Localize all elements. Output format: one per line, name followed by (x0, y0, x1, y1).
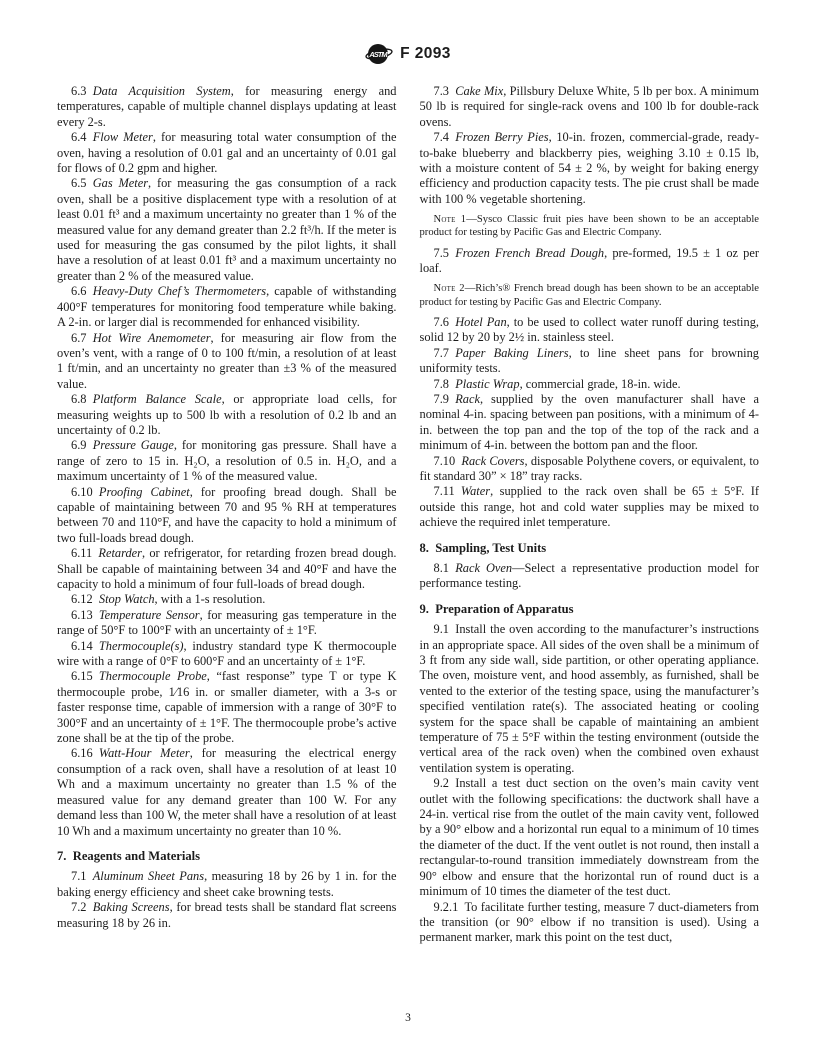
clause-paragraph: 7.7 Paper Baking Liners, to line sheet p… (420, 346, 760, 377)
clause-term: Hotel Pan (455, 315, 506, 329)
clause-number: 7.7 (434, 346, 456, 360)
clause-paragraph: 6.5 Gas Meter, for measuring the gas con… (57, 176, 397, 284)
page-number: 3 (405, 1012, 411, 1024)
clause-number: 6.13 (71, 608, 99, 622)
clause-number: 7.1 (71, 869, 93, 883)
clause-term: Proofing Cabinet (99, 485, 190, 499)
clause-number: 6.8 (71, 392, 93, 406)
clause-paragraph: 9.2 Install a test duct section on the o… (420, 776, 760, 899)
clause-term: Thermocouple(s) (99, 639, 184, 653)
clause-term: Flow Meter (93, 130, 153, 144)
clause-number: 7.4 (434, 130, 456, 144)
clause-paragraph: 6.15 Thermocouple Probe, “fast response”… (57, 669, 397, 746)
clause-term: Temperature Sensor (99, 608, 200, 622)
clause-number: 6.15 (71, 669, 99, 683)
clause-number: 6.7 (71, 331, 93, 345)
clause-number: 6.3 (71, 84, 93, 98)
clause-paragraph: 7.6 Hotel Pan, to be used to collect wat… (420, 315, 760, 346)
note-paragraph: Note 1—Sysco Classic fruit pies have bee… (420, 213, 760, 239)
document-body: 6.3 Data Acquisition System, for measuri… (57, 84, 759, 1002)
section-heading: 9. Preparation of Apparatus (420, 602, 760, 617)
clause-term: Water (461, 484, 490, 498)
clause-term: Retarder (98, 546, 142, 560)
document-footer: 3 (57, 1002, 759, 1038)
clause-number: 6.6 (71, 284, 93, 298)
clause-paragraph: 7.1 Aluminum Sheet Pans, measuring 18 by… (57, 869, 397, 900)
document-page: ASTM F 2093 6.3 Data Acquisition System,… (0, 0, 816, 1056)
clause-term: Aluminum Sheet Pans (93, 869, 204, 883)
clause-paragraph: 6.3 Data Acquisition System, for measuri… (57, 84, 397, 130)
clause-paragraph: 6.10 Proofing Cabinet, for proofing brea… (57, 485, 397, 547)
clause-number: 7.5 (434, 246, 456, 260)
clause-term: Cake Mix (455, 84, 503, 98)
clause-term: Rack Oven (455, 561, 512, 575)
clause-number: 7.8 (434, 377, 456, 391)
clause-term: Plastic Wrap (455, 377, 519, 391)
clause-term: Pressure Gauge (93, 438, 174, 452)
clause-number: 6.16 (71, 746, 99, 760)
clause-number: 6.14 (71, 639, 99, 653)
clause-paragraph: 7.8 Plastic Wrap, commercial grade, 18-i… (420, 377, 760, 392)
clause-term: Thermocouple Probe (99, 669, 207, 683)
clause-paragraph: 7.3 Cake Mix, Pillsbury Deluxe White, 5 … (420, 84, 760, 130)
clause-number: 6.5 (71, 176, 93, 190)
clause-paragraph: 6.13 Temperature Sensor, for measuring g… (57, 608, 397, 639)
clause-paragraph: 6.16 Watt-Hour Meter, for measuring the … (57, 746, 397, 838)
clause-term: Baking Screens (93, 900, 170, 914)
clause-number: 7.2 (71, 900, 93, 914)
left-column: 6.3 Data Acquisition System, for measuri… (57, 84, 397, 1002)
clause-paragraph: 7.10 Rack Covers, disposable Polythene c… (420, 454, 760, 485)
clause-term: Rack (455, 392, 480, 406)
clause-number: 7.6 (434, 315, 456, 329)
document-header: ASTM F 2093 (57, 42, 759, 66)
right-column: 7.3 Cake Mix, Pillsbury Deluxe White, 5 … (420, 84, 760, 1002)
note-paragraph: Note 2—Rich’s® French bread dough has be… (420, 282, 760, 308)
clause-paragraph: 7.5 Frozen French Bread Dough, pre-forme… (420, 246, 760, 277)
clause-term: Paper Baking Liners (455, 346, 568, 360)
astm-logo-icon: ASTM (365, 42, 393, 66)
clause-term: Platform Balance Scale (93, 392, 222, 406)
clause-term: Watt-Hour Meter (99, 746, 190, 760)
clause-number: 7.9 (434, 392, 456, 406)
clause-paragraph: 6.12 Stop Watch, with a 1-s resolution. (57, 592, 397, 607)
clause-term: Gas Meter (93, 176, 148, 190)
svg-text:ASTM: ASTM (369, 50, 389, 59)
clause-number: 6.11 (71, 546, 98, 560)
clause-term: Heavy-Duty Chef’s Thermometers (93, 284, 266, 298)
clause-paragraph: 7.11 Water, supplied to the rack oven sh… (420, 484, 760, 530)
note-label: Note 2 (434, 283, 465, 294)
clause-number: 7.10 (434, 454, 462, 468)
clause-paragraph: 9.2.1 To facilitate further testing, mea… (420, 900, 760, 946)
clause-term: Rack Covers (461, 454, 524, 468)
standard-designation: F 2093 (400, 45, 451, 63)
clause-paragraph: 6.9 Pressure Gauge, for monitoring gas p… (57, 438, 397, 484)
clause-term: Frozen Berry Pies (455, 130, 548, 144)
clause-number: 9.2 (434, 776, 456, 790)
clause-term: Stop Watch (99, 592, 155, 606)
clause-paragraph: 8.1 Rack Oven—Select a representative pr… (420, 561, 760, 592)
clause-term: Hot Wire Anemometer (93, 331, 211, 345)
clause-paragraph: 9.1 Install the oven according to the ma… (420, 622, 760, 776)
clause-paragraph: 6.4 Flow Meter, for measuring total wate… (57, 130, 397, 176)
clause-paragraph: 6.6 Heavy-Duty Chef’s Thermometers, capa… (57, 284, 397, 330)
clause-paragraph: 6.14 Thermocouple(s), industry standard … (57, 639, 397, 670)
clause-number: 6.9 (71, 438, 93, 452)
clause-paragraph: 6.11 Retarder, or refrigerator, for reta… (57, 546, 397, 592)
clause-number: 8.1 (434, 561, 456, 575)
clause-paragraph: 7.4 Frozen Berry Pies, 10-in. frozen, co… (420, 130, 760, 207)
clause-number: 7.11 (434, 484, 461, 498)
clause-term: Frozen French Bread Dough (455, 246, 604, 260)
clause-number: 7.3 (434, 84, 456, 98)
clause-paragraph: 6.8 Platform Balance Scale, or appropria… (57, 392, 397, 438)
clause-number: 6.10 (71, 485, 99, 499)
section-heading: 7. Reagents and Materials (57, 849, 397, 864)
clause-paragraph: 7.2 Baking Screens, for bread tests shal… (57, 900, 397, 931)
section-heading: 8. Sampling, Test Units (420, 541, 760, 556)
clause-paragraph: 7.9 Rack, supplied by the oven manufactu… (420, 392, 760, 454)
clause-number: 6.4 (71, 130, 93, 144)
clause-number: 9.2.1 (434, 900, 465, 914)
clause-number: 9.1 (434, 622, 456, 636)
clause-paragraph: 6.7 Hot Wire Anemometer, for measuring a… (57, 331, 397, 393)
note-label: Note 1 (434, 214, 467, 225)
clause-number: 6.12 (71, 592, 99, 606)
clause-term: Data Acquisition System (93, 84, 231, 98)
